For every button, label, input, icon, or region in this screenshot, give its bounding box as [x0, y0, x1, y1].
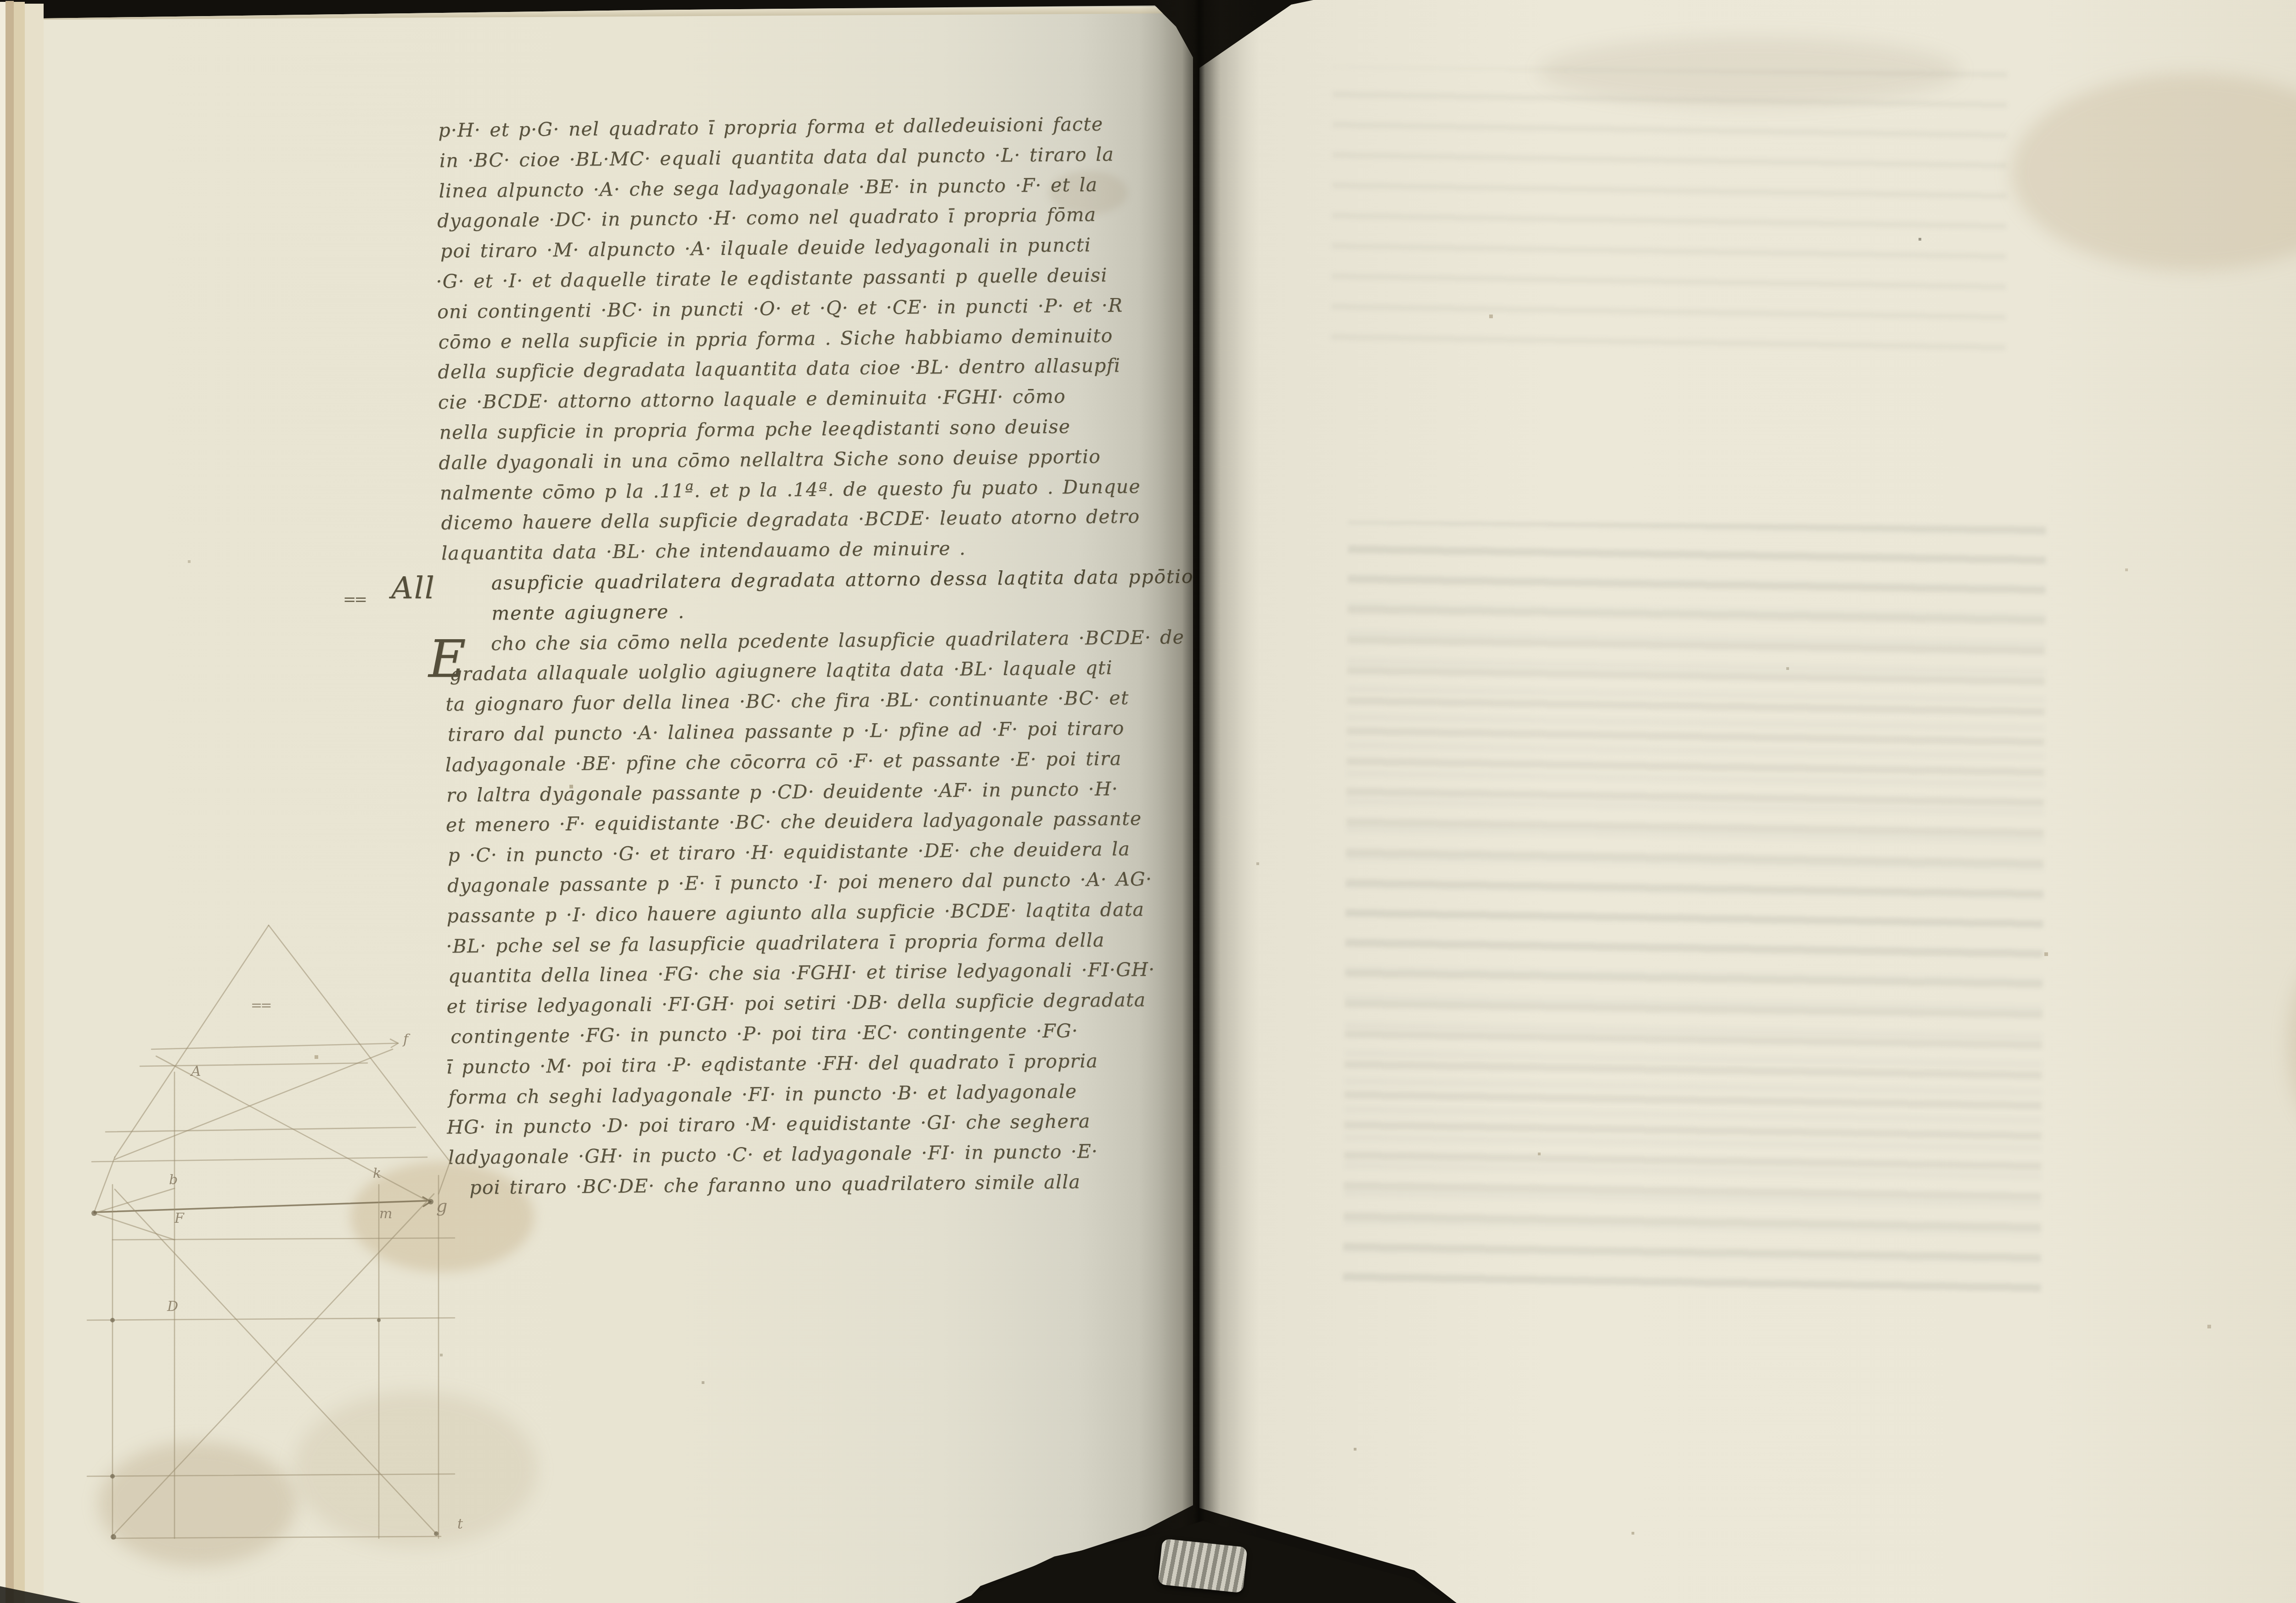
perspective-diagram: [60, 909, 496, 1561]
diagram-double-mark: ==: [251, 997, 270, 1013]
fore-edge-leaf: [6, 1, 14, 1603]
fore-edge-leaf: [25, 4, 44, 1603]
diagram-label-b: b: [169, 1172, 178, 1188]
right-page: [1199, 0, 2296, 1603]
diagram-label-m: m: [379, 1206, 392, 1222]
manuscript-text-block: p·H· et p·G· nel quadrato ī propria form…: [432, 109, 1159, 1204]
stain: [2011, 73, 2296, 271]
diagram-label-d: D: [167, 1299, 178, 1315]
margin-mark: ==: [343, 591, 366, 609]
paper-specks: [0, 0, 1, 1]
manuscript-line: asupficie quadrilatera degradata attorno…: [491, 562, 1153, 599]
paragraph-initial: E: [428, 634, 466, 685]
diagram-label-F: F: [174, 1210, 184, 1226]
bleed-through-ghost-text: [1343, 521, 2046, 1298]
left-page: p·H· et p·G· nel quadrato ī propria form…: [44, 0, 1193, 1603]
fore-edge-leaf: [14, 2, 25, 1603]
manuscript-line: poi tiraro ·BC·DE· che faranno uno quadr…: [469, 1166, 1159, 1203]
diagram-label-a: A: [191, 1063, 201, 1080]
page-top-edge: [44, 6, 1178, 20]
diagram-label-f: f: [403, 1031, 408, 1047]
sewn-headband: [1158, 1539, 1247, 1593]
bleed-through-ghost-text: [1331, 67, 2008, 365]
diagram-label-k: k: [373, 1165, 381, 1181]
diagram-label-g: g: [436, 1196, 447, 1216]
heading-initial: All: [391, 573, 435, 603]
book-scan: p·H· et p·G· nel quadrato ī propria form…: [0, 0, 2296, 1603]
stain: [2288, 960, 2296, 1130]
stain: [1538, 37, 1961, 106]
diagram-label-t: t: [457, 1516, 463, 1532]
fore-edge-leaf: [0, 2, 6, 1603]
